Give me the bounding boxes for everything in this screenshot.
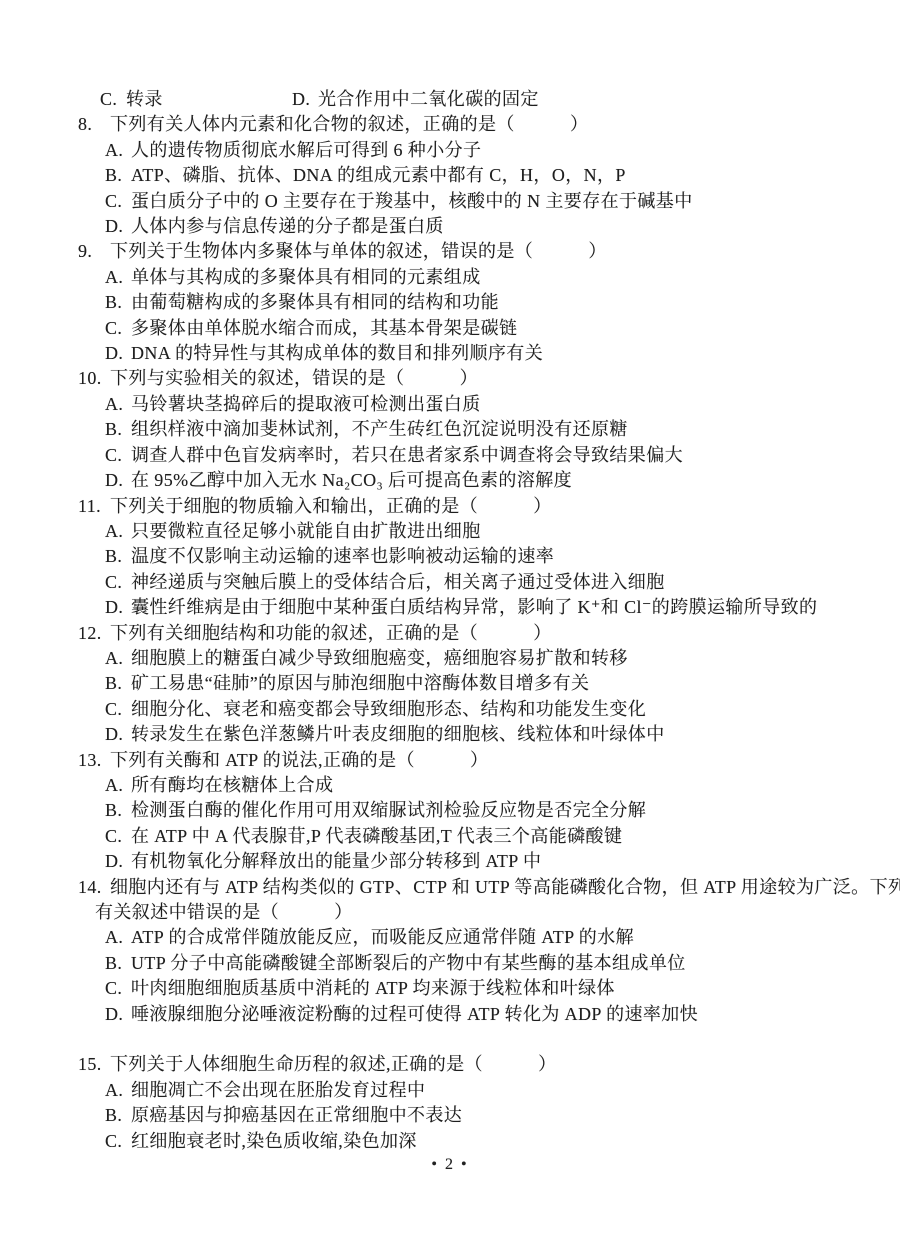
- question-number: 13.: [78, 748, 110, 773]
- option-row: A.所有酶均在核糖体上合成: [0, 773, 900, 798]
- option-text: 多聚体由单体脱水缩合而成，其基本骨架是碳链: [131, 318, 517, 338]
- option-label: B.: [105, 290, 131, 315]
- option-label: B.: [105, 671, 131, 696]
- option-text: 组织样液中滴加斐林试剂，不产生砖红色沉淀说明没有还原糖: [131, 419, 628, 439]
- question-stem: 下列与实验相关的叙述，错误的是（ ）: [110, 368, 478, 388]
- option-row: B.UTP 分子中高能磷酸键全部断裂后的产物中有某些酶的基本组成单位: [0, 951, 900, 976]
- option-row: C.多聚体由单体脱水缩合而成，其基本骨架是碳链: [0, 316, 900, 341]
- option-label: D.: [105, 214, 131, 239]
- option-label: D.: [105, 468, 131, 493]
- option-text: 叶肉细胞细胞质基质中消耗的 ATP 均来源于线粒体和叶绿体: [131, 978, 615, 998]
- option-text: 人的遗传物质彻底水解后可得到 6 种小分子: [131, 140, 481, 160]
- option-label: A.: [105, 265, 131, 290]
- option-label: C.: [105, 316, 131, 341]
- option-row: A.单体与其构成的多聚体具有相同的元素组成: [0, 265, 900, 290]
- option-text: 转录发生在紫色洋葱鳞片叶表皮细胞的细胞核、线粒体和叶绿体中: [131, 724, 665, 744]
- option-text: ATP 的合成常伴随放能反应，而吸能反应通常伴随 ATP 的水解: [131, 927, 634, 947]
- question-head: 15.下列关于人体细胞生命历程的叙述,正确的是（ ）: [0, 1052, 900, 1077]
- option-row: A.人的遗传物质彻底水解后可得到 6 种小分子: [0, 138, 900, 163]
- question-stem: 细胞内还有与 ATP 结构类似的 GTP、CTP 和 UTP 等高能磷酸化合物，…: [110, 877, 900, 897]
- option-row: C.叶肉细胞细胞质基质中消耗的 ATP 均来源于线粒体和叶绿体: [0, 976, 900, 1001]
- option-row: A.只要微粒直径足够小就能自由扩散进出细胞: [0, 519, 900, 544]
- option-text: 单体与其构成的多聚体具有相同的元素组成: [131, 267, 481, 287]
- question-head: 13.下列有关酶和 ATP 的说法,正确的是（ ）: [0, 748, 900, 773]
- question-head: 8.下列有关人体内元素和化合物的叙述，正确的是（ ）: [0, 112, 900, 137]
- question-10: 10.下列与实验相关的叙述，错误的是（ ） A.马铃薯块茎捣碎后的提取液可检测出…: [0, 366, 900, 493]
- option-label: A.: [105, 773, 131, 798]
- option-text: 在 95%乙醇中加入无水 Na₂CO₃ 后可提高色素的溶解度: [131, 470, 572, 490]
- option-row: B.温度不仅影响主动运输的速率也影响被动运输的速率: [0, 544, 900, 569]
- option-row: A.马铃薯块茎捣碎后的提取液可检测出蛋白质: [0, 392, 900, 417]
- page-number: • 2 •: [0, 1156, 900, 1174]
- option-label: D.: [105, 849, 131, 874]
- option-text: ATP、磷脂、抗体、DNA 的组成元素中都有 C，H，O，N，P: [131, 165, 626, 185]
- option-label: B.: [105, 163, 131, 188]
- option-text: 只要微粒直径足够小就能自由扩散进出细胞: [131, 521, 481, 541]
- question-11: 11.下列关于细胞的物质输入和输出，正确的是（ ） A.只要微粒直径足够小就能自…: [0, 494, 900, 621]
- option-row: B.矿工易患“硅肺”的原因与肺泡细胞中溶酶体数目增多有关: [0, 671, 900, 696]
- option-label: A.: [105, 392, 131, 417]
- question-9: 9.下列关于生物体内多聚体与单体的叙述，错误的是（ ） A.单体与其构成的多聚体…: [0, 239, 900, 366]
- question-12: 12.下列有关细胞结构和功能的叙述，正确的是（ ） A.细胞膜上的糖蛋白减少导致…: [0, 621, 900, 748]
- question-stem: 下列有关酶和 ATP 的说法,正确的是（ ）: [110, 750, 488, 770]
- option-label: A.: [105, 519, 131, 544]
- option-text: 原癌基因与抑癌基因在正常细胞中不表达: [131, 1105, 462, 1125]
- option-text: 唾液腺细胞分泌唾液淀粉酶的过程可使得 ATP 转化为 ADP 的速率加快: [131, 1004, 698, 1024]
- question-13: 13.下列有关酶和 ATP 的说法,正确的是（ ） A.所有酶均在核糖体上合成 …: [0, 748, 900, 875]
- option-text: 检测蛋白酶的催化作用可用双缩脲试剂检验反应物是否完全分解: [131, 800, 646, 820]
- question-stem: 下列关于生物体内多聚体与单体的叙述，错误的是（ ）: [110, 241, 607, 261]
- option-row: B.原癌基因与抑癌基因在正常细胞中不表达: [0, 1103, 900, 1128]
- option-text: 所有酶均在核糖体上合成: [131, 775, 333, 795]
- option-row: A.细胞凋亡不会出现在胚胎发育过程中: [0, 1078, 900, 1103]
- option-row: C.红细胞衰老时,染色质收缩,染色加深: [0, 1129, 900, 1154]
- option-label: D.: [105, 722, 131, 747]
- question-8: 8.下列有关人体内元素和化合物的叙述，正确的是（ ） A.人的遗传物质彻底水解后…: [0, 112, 900, 239]
- option-text: 调查人群中色盲发病率时，若只在患者家系中调查将会导致结果偏大: [131, 445, 683, 465]
- option-row: B.由葡萄糖构成的多聚体具有相同的结构和功能: [0, 290, 900, 315]
- question-number: 14.: [78, 875, 110, 900]
- option-label: C.: [105, 824, 131, 849]
- option-label: C.: [105, 1129, 131, 1154]
- option-row: C.蛋白质分子中的 O 主要存在于羧基中，核酸中的 N 主要存在于碱基中: [0, 189, 900, 214]
- option-text: 囊性纤维病是由于细胞中某种蛋白质结构异常，影响了 K⁺和 Cl⁻的跨膜运输所导致…: [131, 597, 817, 617]
- option-label: C.: [105, 976, 131, 1001]
- option-row: D.DNA 的特异性与其构成单体的数目和排列顺序有关: [0, 341, 900, 366]
- option-text: 细胞膜上的糖蛋白减少导致细胞癌变，癌细胞容易扩散和转移: [131, 648, 628, 668]
- option-label: C.: [105, 570, 131, 595]
- option-label: C.: [105, 189, 131, 214]
- question-15: 15.下列关于人体细胞生命历程的叙述,正确的是（ ） A.细胞凋亡不会出现在胚胎…: [0, 1052, 900, 1154]
- option-row: C.细胞分化、衰老和癌变都会导致细胞形态、结构和功能发生变化: [0, 697, 900, 722]
- option-label: D.: [292, 87, 318, 112]
- question-number: 10.: [78, 366, 110, 391]
- exam-page: C.转录D.光合作用中二氧化碳的固定 8.下列有关人体内元素和化合物的叙述，正确…: [0, 0, 900, 1246]
- option-row: C.调查人群中色盲发病率时，若只在患者家系中调查将会导致结果偏大: [0, 443, 900, 468]
- question-head: 10.下列与实验相关的叙述，错误的是（ ）: [0, 366, 900, 391]
- option-row: C.神经递质与突触后膜上的受体结合后，相关离子通过受体进入细胞: [0, 570, 900, 595]
- option-label: A.: [105, 925, 131, 950]
- option-row: B.组织样液中滴加斐林试剂，不产生砖红色沉淀说明没有还原糖: [0, 417, 900, 442]
- option-text: UTP 分子中高能磷酸键全部断裂后的产物中有某些酶的基本组成单位: [131, 953, 686, 973]
- option-row: D.在 95%乙醇中加入无水 Na₂CO₃ 后可提高色素的溶解度: [0, 468, 900, 493]
- option-label: C.: [100, 87, 126, 112]
- option-text: 温度不仅影响主动运输的速率也影响被动运输的速率: [131, 546, 554, 566]
- question-head: 11.下列关于细胞的物质输入和输出，正确的是（ ）: [0, 494, 900, 519]
- option-row: D.有机物氧化分解释放出的能量少部分转移到 ATP 中: [0, 849, 900, 874]
- option-label: A.: [105, 138, 131, 163]
- option-text: 红细胞衰老时,染色质收缩,染色加深: [131, 1131, 417, 1151]
- option-row: D.囊性纤维病是由于细胞中某种蛋白质结构异常，影响了 K⁺和 Cl⁻的跨膜运输所…: [0, 595, 900, 620]
- previous-question-options-row: C.转录D.光合作用中二氧化碳的固定: [0, 87, 900, 112]
- question-number: 12.: [78, 621, 110, 646]
- option-label: D.: [105, 1002, 131, 1027]
- option-text: 转录: [126, 89, 163, 109]
- option-text: 光合作用中二氧化碳的固定: [318, 89, 539, 109]
- option-row: D.转录发生在紫色洋葱鳞片叶表皮细胞的细胞核、线粒体和叶绿体中: [0, 722, 900, 747]
- option-row: A.细胞膜上的糖蛋白减少导致细胞癌变，癌细胞容易扩散和转移: [0, 646, 900, 671]
- option-label: B.: [105, 798, 131, 823]
- option-label: B.: [105, 951, 131, 976]
- question-stem-continued: 有关叙述中错误的是（ ）: [0, 900, 900, 925]
- option-text: 矿工易患“硅肺”的原因与肺泡细胞中溶酶体数目增多有关: [131, 673, 589, 693]
- option-label: B.: [105, 417, 131, 442]
- question-number: 9.: [78, 239, 110, 264]
- option-text: 细胞凋亡不会出现在胚胎发育过程中: [131, 1080, 425, 1100]
- option-row: B.检测蛋白酶的催化作用可用双缩脲试剂检验反应物是否完全分解: [0, 798, 900, 823]
- question-number: 8.: [78, 112, 110, 137]
- question-head: 12.下列有关细胞结构和功能的叙述，正确的是（ ）: [0, 621, 900, 646]
- question-head: 9.下列关于生物体内多聚体与单体的叙述，错误的是（ ）: [0, 239, 900, 264]
- option-text: 在 ATP 中 A 代表腺苷,P 代表磷酸基团,T 代表三个高能磷酸键: [131, 826, 622, 846]
- option-d: D.光合作用中二氧化碳的固定: [292, 89, 539, 109]
- exam-content: C.转录D.光合作用中二氧化碳的固定 8.下列有关人体内元素和化合物的叙述，正确…: [0, 0, 900, 1154]
- option-label: C.: [105, 697, 131, 722]
- option-label: C.: [105, 443, 131, 468]
- option-c: C.转录: [100, 87, 292, 112]
- option-label: A.: [105, 646, 131, 671]
- option-label: A.: [105, 1078, 131, 1103]
- question-stem: 下列有关人体内元素和化合物的叙述，正确的是（ ）: [110, 114, 588, 134]
- option-text: 蛋白质分子中的 O 主要存在于羧基中，核酸中的 N 主要存在于碱基中: [131, 191, 693, 211]
- question-number: 11.: [78, 494, 110, 519]
- question-stem: 下列关于人体细胞生命历程的叙述,正确的是（ ）: [110, 1054, 557, 1074]
- question-14: 14.细胞内还有与 ATP 结构类似的 GTP、CTP 和 UTP 等高能磷酸化…: [0, 875, 900, 1027]
- option-label: B.: [105, 1103, 131, 1128]
- option-text: 有机物氧化分解释放出的能量少部分转移到 ATP 中: [131, 851, 541, 871]
- option-text: 细胞分化、衰老和癌变都会导致细胞形态、结构和功能发生变化: [131, 699, 646, 719]
- option-text: 人体内参与信息传递的分子都是蛋白质: [131, 216, 444, 236]
- question-stem: 下列有关细胞结构和功能的叙述，正确的是（ ）: [110, 623, 552, 643]
- option-text: 马铃薯块茎捣碎后的提取液可检测出蛋白质: [131, 394, 481, 414]
- option-row: C.在 ATP 中 A 代表腺苷,P 代表磷酸基团,T 代表三个高能磷酸键: [0, 824, 900, 849]
- option-label: B.: [105, 544, 131, 569]
- option-row: D.唾液腺细胞分泌唾液淀粉酶的过程可使得 ATP 转化为 ADP 的速率加快: [0, 1002, 900, 1027]
- question-stem: 下列关于细胞的物质输入和输出，正确的是（ ）: [110, 496, 552, 516]
- option-row: D.人体内参与信息传递的分子都是蛋白质: [0, 214, 900, 239]
- question-number: 15.: [78, 1052, 110, 1077]
- option-text: 由葡萄糖构成的多聚体具有相同的结构和功能: [131, 292, 499, 312]
- option-row: B.ATP、磷脂、抗体、DNA 的组成元素中都有 C，H，O，N，P: [0, 163, 900, 188]
- question-head: 14.细胞内还有与 ATP 结构类似的 GTP、CTP 和 UTP 等高能磷酸化…: [0, 875, 900, 900]
- option-label: D.: [105, 595, 131, 620]
- option-text: DNA 的特异性与其构成单体的数目和排列顺序有关: [131, 343, 543, 363]
- option-label: D.: [105, 341, 131, 366]
- option-text: 神经递质与突触后膜上的受体结合后，相关离子通过受体进入细胞: [131, 572, 665, 592]
- option-row: A.ATP 的合成常伴随放能反应，而吸能反应通常伴随 ATP 的水解: [0, 925, 900, 950]
